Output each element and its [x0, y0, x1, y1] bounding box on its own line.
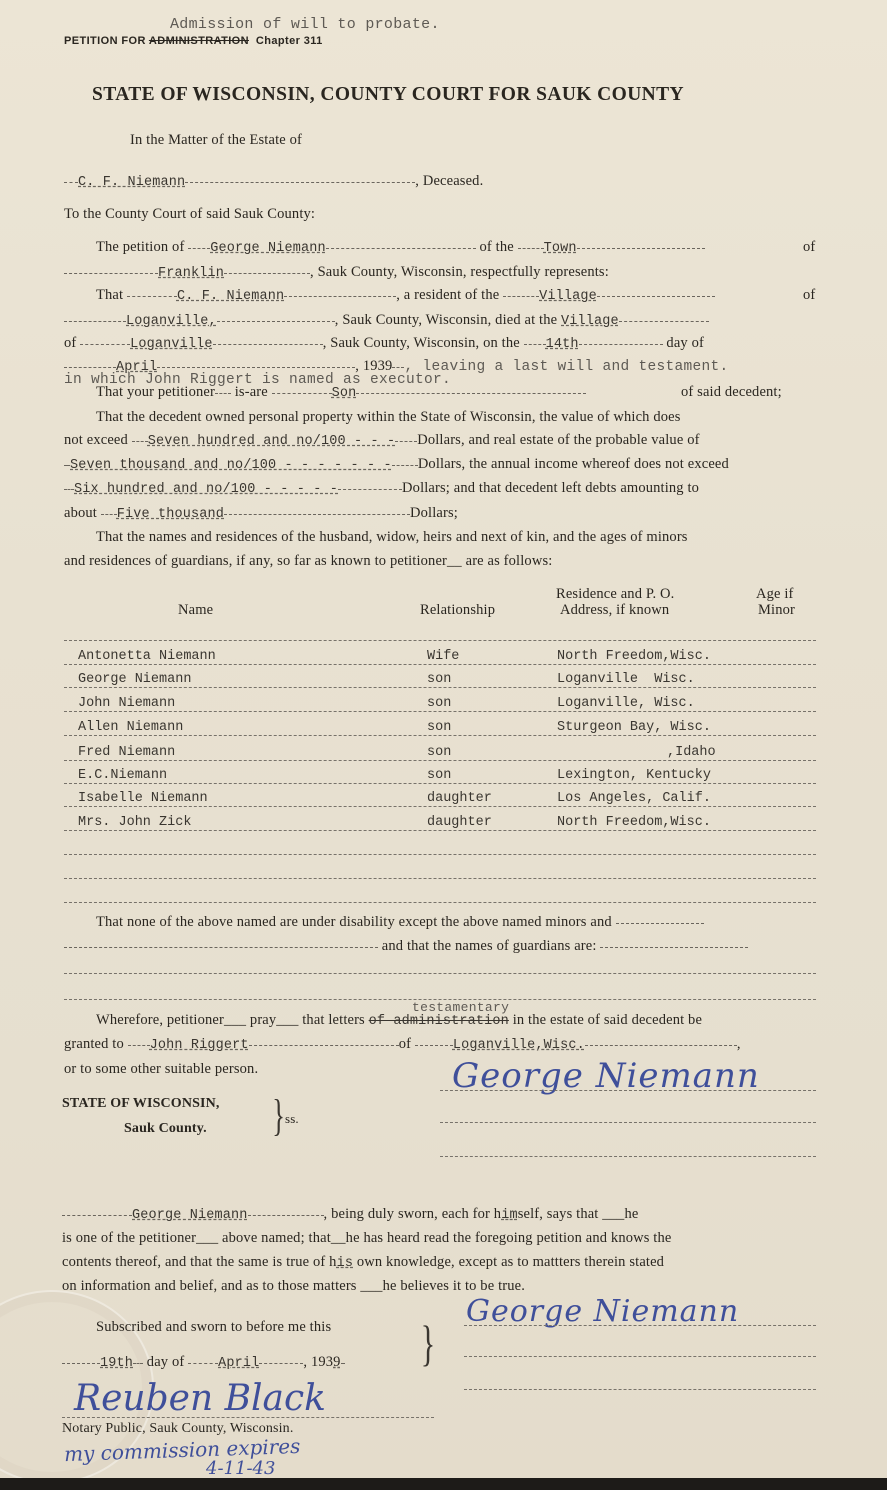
text: of	[399, 1036, 411, 1052]
text: own knowledge, except as to mattters the…	[357, 1254, 664, 1270]
scan-bottom-edge	[0, 1478, 887, 1490]
affiant-name-field: George Niemann	[132, 1208, 248, 1223]
text: day of	[147, 1354, 185, 1370]
affidavit-line-1: George Niemann, being duly sworn, each f…	[62, 1206, 638, 1223]
heir-residence: Lexington, Kentucky	[557, 768, 711, 783]
property-line-2: Seven thousand and no/100 - - - - - - -D…	[64, 456, 729, 473]
col-header-name: Name	[178, 602, 213, 619]
text: Dollars, the annual income whereof does …	[418, 456, 729, 472]
typed-will-note-1: , leaving a last will and testament.	[404, 359, 728, 375]
heir-name: Mrs. John Zick	[78, 815, 191, 830]
petitioner-muni-field: Franklin	[158, 266, 224, 281]
heir-name: Antonetta Niemann	[78, 649, 216, 664]
venue-brace: }	[272, 1094, 285, 1138]
petition-line-4: Loganville,, Sauk County, Wisconsin, die…	[64, 312, 709, 329]
col-header-residence-2: Address, if known	[560, 602, 669, 619]
signature-rule	[440, 1122, 816, 1123]
text: not exceed	[64, 432, 128, 448]
jurat-day-field: 19th	[100, 1356, 133, 1371]
petitioner-muni-type-field: Town	[544, 241, 577, 256]
prayer-line-1: Wherefore, petitioner___ pray___ that le…	[96, 1012, 702, 1029]
jurat-year-digit: 9	[333, 1354, 340, 1370]
heirs-intro-1: That the names and residences of the hus…	[96, 529, 688, 546]
heir-relationship: son	[427, 768, 451, 783]
petitioner-name-field: George Niemann	[210, 241, 326, 256]
jurat-brace: }	[421, 1318, 435, 1368]
death-place-type-field: Village	[561, 314, 619, 329]
text: That	[96, 287, 123, 303]
text: self, says that ___he	[518, 1206, 639, 1222]
notary-rule	[62, 1417, 434, 1418]
residence-type-field: Village	[539, 289, 597, 304]
heirs-intro-2: and residences of guardians, if any, so …	[64, 553, 552, 570]
form-label-chapter: Chapter 311	[256, 35, 323, 47]
heir-name: George Niemann	[78, 672, 191, 687]
prayer-line-2: granted to John Riggertof Loganville,Wis…	[64, 1036, 741, 1053]
text: of	[64, 335, 76, 351]
jurat-month-field: April	[218, 1356, 259, 1371]
text: in the estate of said decedent be	[513, 1012, 702, 1028]
debts-value-field: Five thousand	[117, 507, 224, 522]
affidavit-line-4: on information and belief, and as to tho…	[62, 1278, 525, 1295]
text: , Sauk County, Wisconsin, respectfully r…	[310, 264, 609, 280]
text: about	[64, 505, 97, 521]
form-label: PETITION FOR ADMINISTRATION Chapter 311	[64, 35, 323, 47]
table-rule	[64, 640, 816, 641]
property-line-4: about Five thousandDollars;	[64, 505, 458, 522]
death-place-field: Loganville	[130, 337, 213, 352]
typed-header-note: Admission of will to probate.	[170, 16, 440, 33]
real-value-field: Seven thousand and no/100 - - - - - - -	[70, 458, 392, 473]
heir-residence: North Freedom,Wisc.	[557, 815, 711, 830]
decedent-name-field-2: C. F. Niemann	[177, 289, 284, 304]
text: , being duly sworn, each for h	[324, 1206, 502, 1222]
venue-state: STATE OF WISCONSIN,	[62, 1096, 220, 1112]
petition-line-7: That your petitioner is-are Son	[96, 384, 586, 401]
heir-relationship: Wife	[427, 649, 459, 664]
heir-relationship: daughter	[427, 815, 492, 830]
affidavit-line-3: contents thereof, and that the same is t…	[62, 1254, 664, 1271]
heir-residence: North Freedom,Wisc.	[557, 649, 711, 664]
text: of	[803, 287, 815, 304]
signature-rule	[464, 1356, 816, 1357]
struck-administration: of administration	[369, 1014, 509, 1029]
signature-rule	[464, 1325, 816, 1326]
petition-line-3: That C. F. Niemann, a resident of the Vi…	[96, 287, 715, 304]
heir-residence: Loganville Wisc.	[557, 672, 695, 687]
text: of said decedent;	[681, 384, 782, 401]
typed-is: is	[337, 1256, 354, 1271]
text: , 193	[303, 1354, 333, 1370]
heir-name: Fred Niemann	[78, 745, 175, 760]
heir-relationship: daughter	[427, 791, 492, 806]
income-value-field: Six hundred and no/100 - - - - -	[74, 482, 338, 497]
text: , Sauk County, Wisconsin, died at the	[335, 312, 557, 328]
text: Dollars;	[410, 505, 458, 521]
petition-line-2: Franklin, Sauk County, Wisconsin, respec…	[64, 264, 609, 281]
personal-value-field: Seven hundred and no/100 - - -	[148, 434, 396, 449]
property-intro: That the decedent owned personal propert…	[96, 409, 681, 426]
heir-residence: Loganville, Wisc.	[557, 696, 695, 711]
court-address: To the County Court of said Sauk County:	[64, 206, 315, 223]
signature-rule	[440, 1090, 816, 1091]
disability-line-2: and that the names of guardians are:	[64, 938, 748, 955]
page-title: STATE OF WISCONSIN, COUNTY COURT FOR SAU…	[92, 84, 684, 106]
affidavit-line-2: is one of the petitioner___ above named;…	[62, 1230, 671, 1247]
form-label-struck: ADMINISTRATION	[149, 35, 249, 47]
heir-name: Allen Niemann	[78, 720, 183, 735]
text: That your petitioner	[96, 384, 215, 400]
petition-line-5: of Loganville, Sauk County, Wisconsin, o…	[64, 335, 704, 352]
venue-ss: ss.	[285, 1111, 299, 1127]
jurat-date-line: 19th day of April, 1939	[62, 1354, 345, 1371]
death-day-field: 14th	[546, 337, 579, 352]
text: That none of the above named are under d…	[96, 914, 612, 930]
decedent-name-field: C. F. Niemann	[78, 175, 185, 190]
petition-line-1: The petition of George Niemann of the To…	[96, 239, 705, 256]
col-header-relationship: Relationship	[420, 602, 495, 619]
heir-residence: ,Idaho	[667, 745, 716, 760]
col-header-residence-1: Residence and P. O.	[556, 586, 674, 603]
signature-rule	[464, 1389, 816, 1390]
text: is-are	[235, 384, 268, 400]
text: Wherefore, petitioner___ pray___ that le…	[96, 1012, 365, 1028]
text: of	[803, 239, 815, 256]
text: , a resident of the	[396, 287, 499, 303]
jurat-subscribed: Subscribed and sworn to before me this	[96, 1319, 331, 1336]
heir-name: John Niemann	[78, 696, 175, 711]
text: Dollars, and real estate of the probable…	[417, 432, 699, 448]
commission-date: 4-11-43	[206, 1458, 275, 1479]
text: , Sauk County, Wisconsin, on the	[323, 335, 520, 351]
heir-relationship: son	[427, 745, 451, 760]
text: day of	[666, 335, 704, 351]
suitable-person: or to some other suitable person.	[64, 1061, 258, 1078]
text: The petition of	[96, 239, 184, 255]
residence-place-field: Loganville,	[126, 314, 217, 329]
text: granted to	[64, 1036, 124, 1052]
col-header-age-1: Age if	[756, 586, 794, 603]
col-header-age-2: Minor	[758, 602, 795, 619]
relationship-field: Son	[332, 386, 357, 401]
disability-line-1: That none of the above named are under d…	[96, 914, 704, 931]
form-label-prefix: PETITION FOR	[64, 35, 146, 47]
document-page: Admission of will to probate. PETITION F…	[0, 0, 887, 1478]
heir-relationship: son	[427, 696, 451, 711]
signature-rule	[440, 1156, 816, 1157]
property-line-3: Six hundred and no/100 - - - - -Dollars;…	[64, 480, 699, 497]
text: and that the names of guardians are:	[382, 938, 597, 954]
affiant-signature: George Niemann	[466, 1294, 739, 1329]
property-line-1: not exceed Seven hundred and no/100 - - …	[64, 432, 700, 449]
heir-name: E.C.Niemann	[78, 768, 167, 783]
guardian-rule	[64, 973, 816, 974]
executor-place-field: Loganville,Wisc.	[453, 1038, 585, 1053]
heir-residence: Los Angeles, Calif.	[557, 791, 711, 806]
notary-signature: Reuben Black	[74, 1378, 326, 1419]
deceased-label: , Deceased.	[415, 173, 483, 189]
heir-relationship: son	[427, 672, 451, 687]
text: contents thereof, and that the same is t…	[62, 1254, 337, 1270]
executor-name-field: John Riggert	[150, 1038, 249, 1053]
text: of the	[480, 239, 514, 255]
text: Dollars; and that decedent left debts am…	[402, 480, 699, 496]
decedent-line: C. F. Niemann, Deceased.	[64, 173, 483, 190]
matter-intro: In the Matter of the Estate of	[130, 132, 302, 149]
heir-residence: Sturgeon Bay, Wisc.	[557, 720, 711, 735]
heir-name: Isabelle Niemann	[78, 791, 208, 806]
heir-relationship: son	[427, 720, 451, 735]
venue-county: Sauk County.	[124, 1121, 207, 1137]
typed-im: im	[501, 1208, 518, 1223]
